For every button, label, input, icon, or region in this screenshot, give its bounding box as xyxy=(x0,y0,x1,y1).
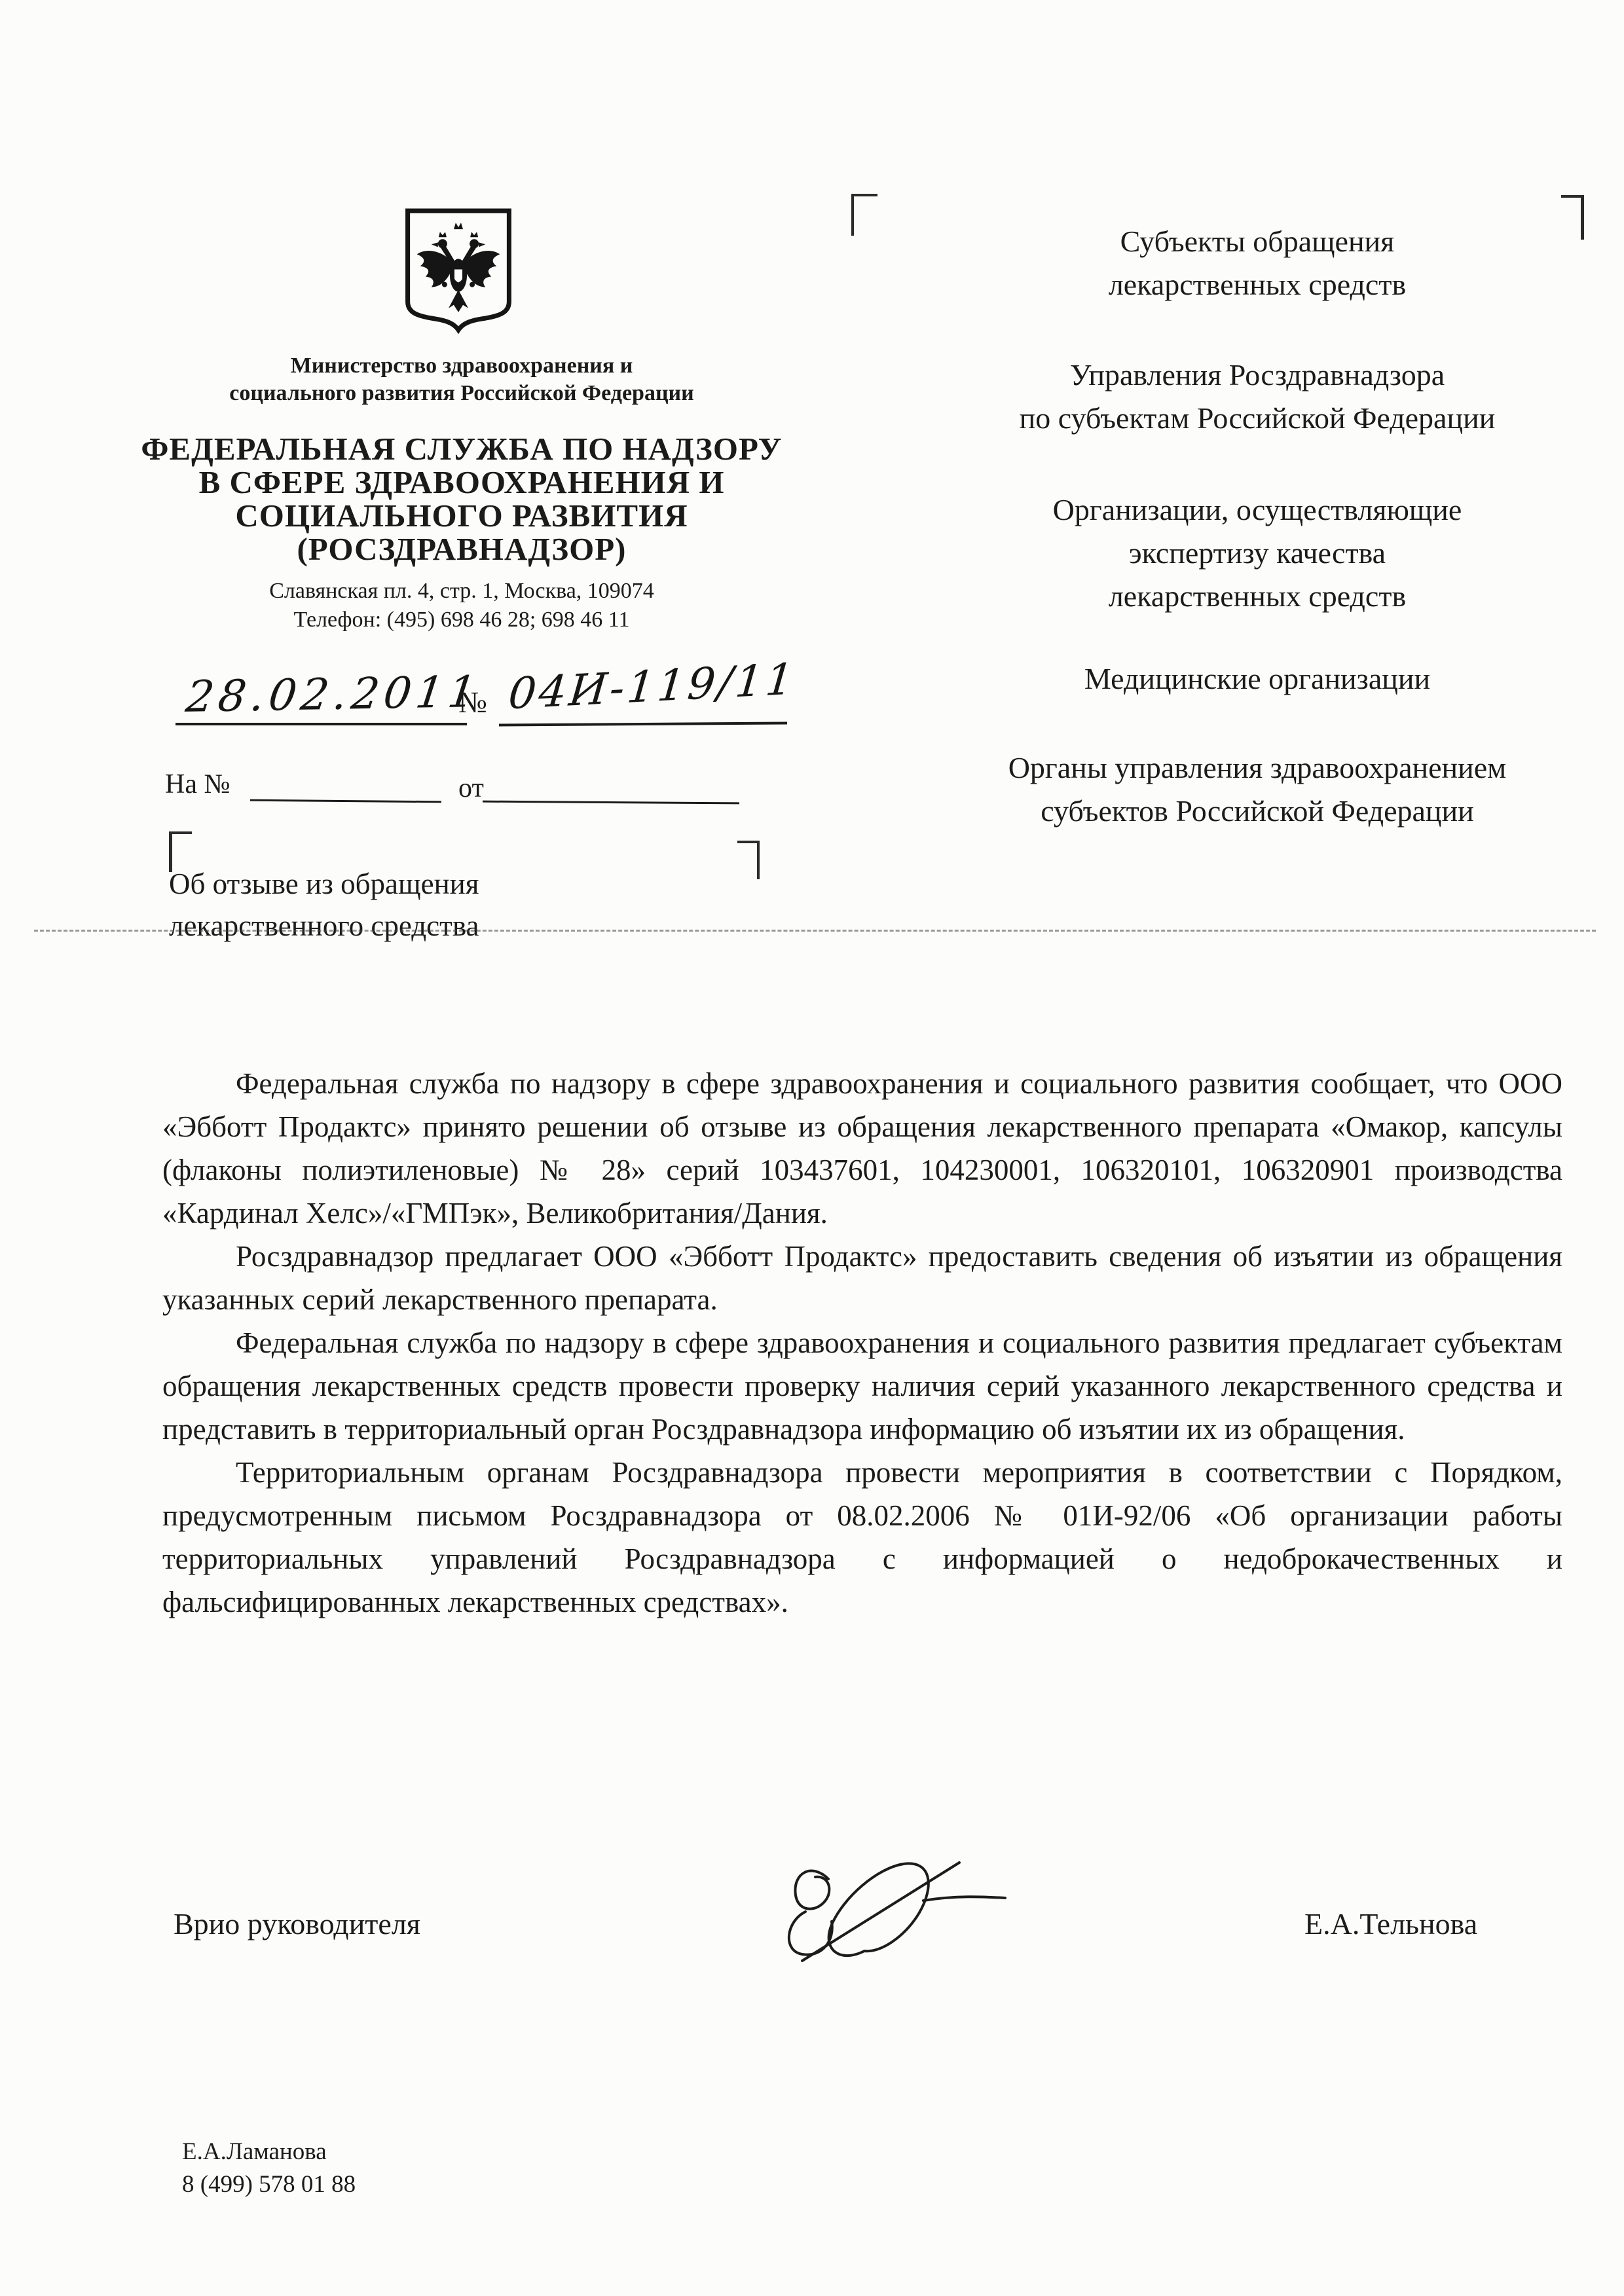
ministry-name: Министерство здравоохранения и социально… xyxy=(101,352,822,407)
executor-name: Е.А.Ламанова xyxy=(182,2136,356,2168)
letter-page: Министерство здравоохранения и социально… xyxy=(0,0,1624,2296)
body-paragraph: Федеральная служба по надзору в сфере зд… xyxy=(162,1062,1562,1235)
addressee-line: Субъекты обращения xyxy=(913,220,1601,263)
addressee-line: Медицинские организации xyxy=(913,657,1601,701)
subject-line2: лекарственного средства xyxy=(169,905,791,947)
signer-title: Врио руководителя xyxy=(174,1906,420,1941)
addressee-health-management-bodies: Органы управления здравоохранением субъе… xyxy=(913,746,1601,833)
crop-mark-top-left-icon xyxy=(851,194,877,236)
letterhead-address: Славянская пл. 4, стр. 1, Москва, 109074 xyxy=(101,577,822,605)
handwritten-number: 04И-119/11 xyxy=(506,654,798,720)
addressee-line: экспертизу качества xyxy=(913,532,1601,575)
service-line3: СОЦИАЛЬНОГО РАЗВИТИЯ xyxy=(85,499,838,532)
addressee-line: лекарственных средств xyxy=(913,263,1601,306)
addressee-line: Организации, осуществляющие xyxy=(913,488,1601,532)
date-underline xyxy=(175,723,467,725)
handwritten-date: 28.02.2011 xyxy=(183,666,483,722)
reply-number-blank xyxy=(250,799,441,803)
executor-phone: 8 (499) 578 01 88 xyxy=(182,2168,356,2201)
letter-body: Федеральная служба по надзору в сфере зд… xyxy=(162,1062,1562,1624)
addressee-medical-organizations: Медицинские организации xyxy=(913,657,1601,701)
russia-coat-of-arms-icon xyxy=(401,206,516,334)
ministry-line2: социального развития Российской Федераци… xyxy=(101,380,822,407)
number-sign: № xyxy=(458,685,487,720)
addressee-line: по субъектам Российской Федерации xyxy=(913,397,1601,440)
subject-line1: Об отзыве из обращения xyxy=(169,863,791,905)
signature-scribble xyxy=(763,1843,1077,1974)
subject-block: Об отзыве из обращения лекарственного ср… xyxy=(169,863,791,947)
addressee-line: лекарственных средств xyxy=(913,575,1601,618)
letterhead-phone: Телефон: (495) 698 46 28; 698 46 11 xyxy=(101,606,822,634)
addressee-line: Органы управления здравоохранением xyxy=(913,746,1601,790)
addressee-line: Управления Росздравнадзора xyxy=(913,354,1601,397)
executor-contact: Е.А.Ламанова 8 (499) 578 01 88 xyxy=(182,2136,356,2201)
fold-dashed-line xyxy=(34,930,1596,932)
body-paragraph: Территориальным органам Росздравнадзора … xyxy=(162,1451,1562,1624)
body-paragraph: Росздравнадзор предлагает ООО «Эбботт Пр… xyxy=(162,1235,1562,1321)
service-line4: (РОСЗДРАВНАДЗОР) xyxy=(85,532,838,566)
ministry-line1: Министерство здравоохранения и xyxy=(101,352,822,380)
service-line2: В СФЕРЕ ЗДРАВООХРАНЕНИЯ И xyxy=(85,465,838,499)
body-paragraph: Федеральная служба по надзору в сфере зд… xyxy=(162,1321,1562,1451)
service-line1: ФЕДЕРАЛЬНАЯ СЛУЖБА ПО НАДЗОРУ xyxy=(85,432,838,465)
reply-date-blank xyxy=(483,801,739,805)
number-underline xyxy=(499,721,787,726)
service-name: ФЕДЕРАЛЬНАЯ СЛУЖБА ПО НАДЗОРУ В СФЕРЕ ЗД… xyxy=(85,432,838,566)
addressee-line: субъектов Российской Федерации xyxy=(913,790,1601,833)
signer-name: Е.А.Тельнова xyxy=(1304,1906,1477,1941)
addressee-subjects-of-circulation: Субъекты обращения лекарственных средств xyxy=(913,220,1601,306)
addressee-roszdravnadzor-departments: Управления Росздравнадзора по субъектам … xyxy=(913,354,1601,440)
addressee-quality-expertise-organizations: Организации, осуществляющие экспертизу к… xyxy=(913,488,1601,618)
reply-number-label: На № xyxy=(165,769,231,800)
reply-date-label: от xyxy=(458,773,484,804)
